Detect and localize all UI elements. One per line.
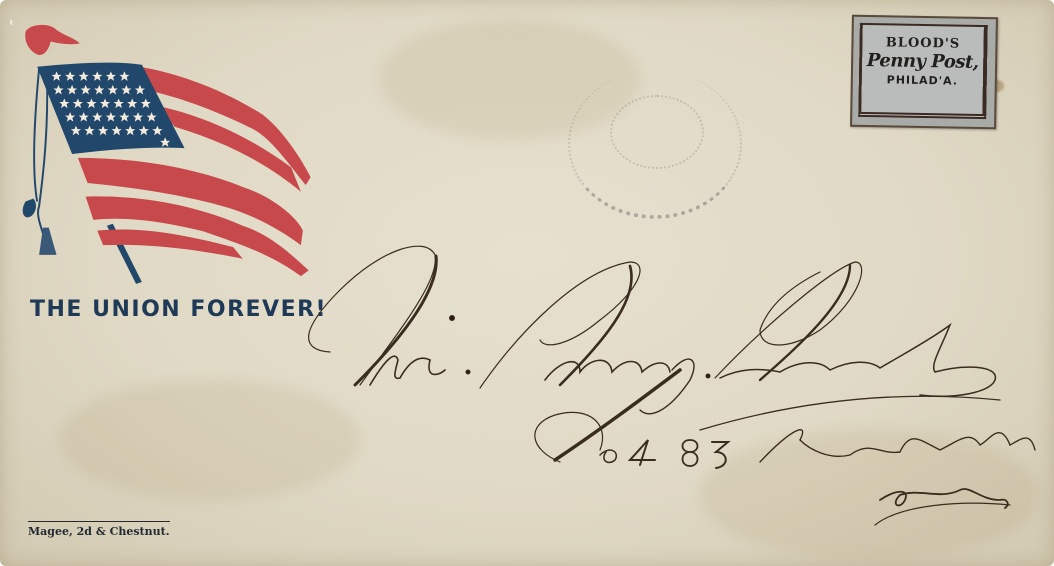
handwriting-strokes xyxy=(0,0,1054,566)
address-line-1: Miss. Mary. Ducker xyxy=(340,350,498,369)
address-line-3: Phila. xyxy=(880,490,926,509)
envelope: THE UNION FOREVER! Magee, 2d & Chestnut.… xyxy=(0,0,1054,566)
address-line-2: No 483 Marshall St xyxy=(560,440,719,459)
